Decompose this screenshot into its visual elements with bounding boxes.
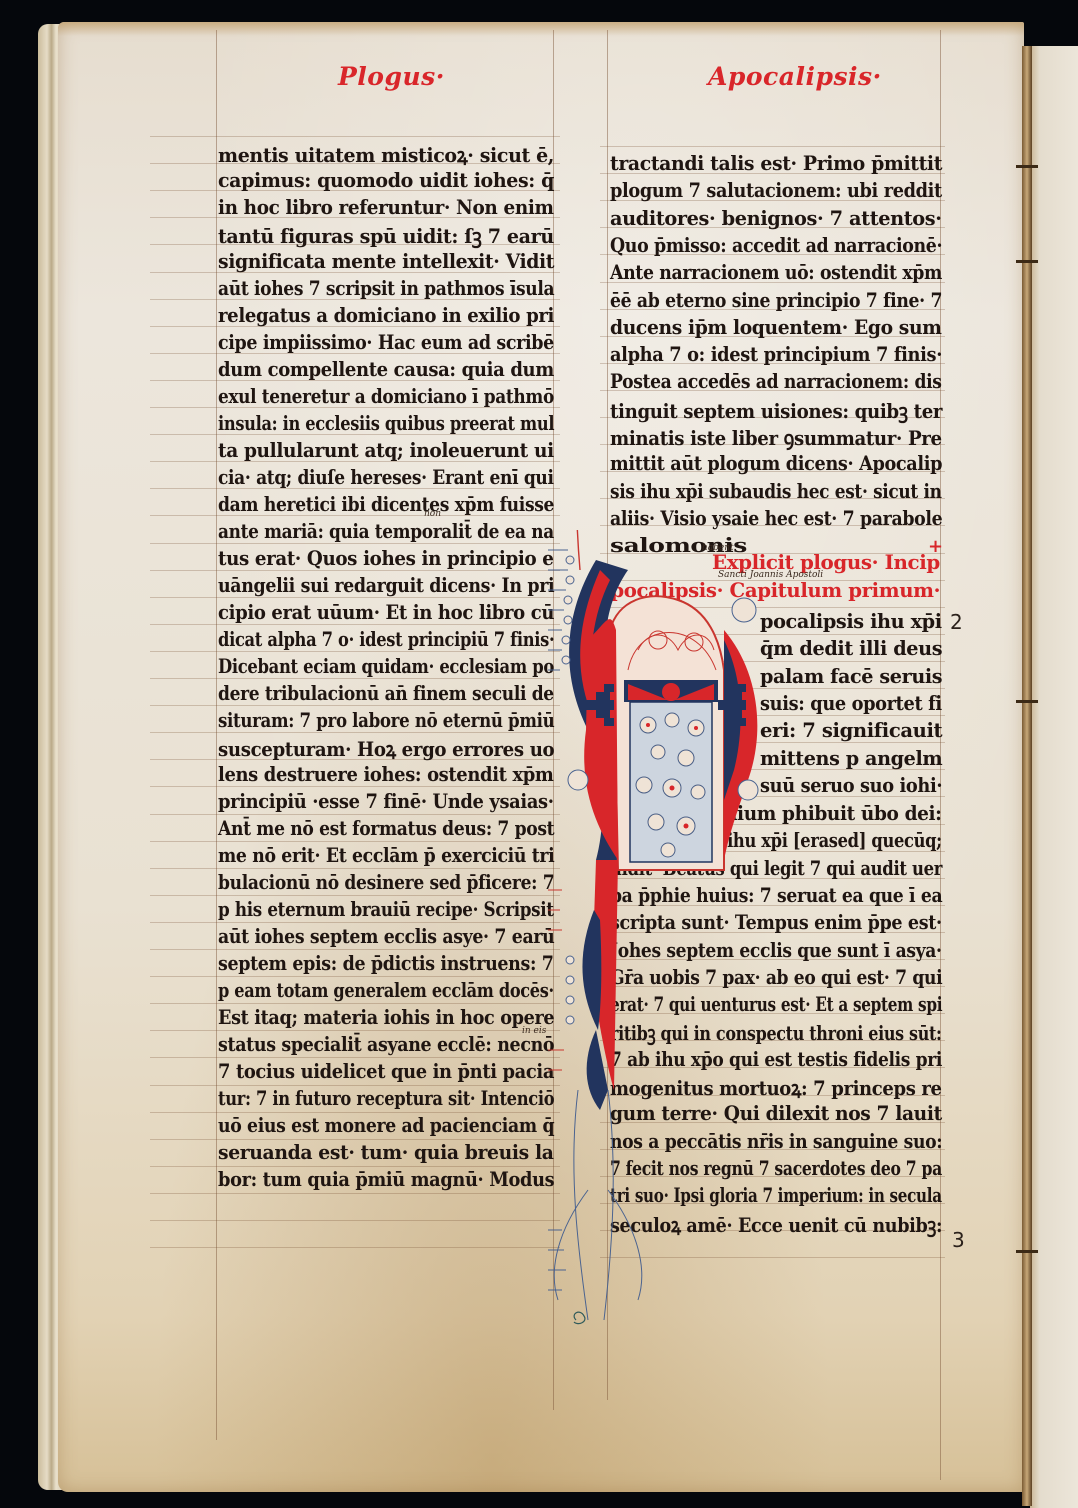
facing-leaf-edge — [1030, 46, 1078, 1508]
running-head-right: Apocalipsis· — [708, 62, 882, 91]
text-line: significata mente intellexit· Vidit — [218, 249, 554, 273]
binding-stitch — [1016, 700, 1038, 703]
text-line: seruanda est· tum· quia breuis la — [218, 1140, 554, 1164]
text-line: aūt iohes septem ecclis asye· 7 earū — [218, 924, 554, 948]
text-line: Dicebant eciam quidam· ecclesiam po — [218, 654, 554, 678]
binding-stitch — [1016, 1250, 1038, 1253]
ruling-line — [150, 949, 560, 950]
chapter-text-line: q̄m dedit illi deus — [760, 636, 942, 660]
leaf-top-stain — [58, 22, 1024, 36]
binding-stitch — [1016, 165, 1038, 168]
ruling-line-vertical — [216, 30, 217, 1440]
chapter-text-line: suū seruo suo iohi· — [760, 773, 942, 797]
text-line: bor: tum quia p̄miū magnū· Modus — [218, 1167, 554, 1191]
text-line: in hoc libro referuntur· Non enim — [218, 195, 554, 219]
binding-gutter — [1022, 46, 1032, 1506]
paraph-mark: + — [928, 536, 943, 557]
text-line: mentis uitatem misticoꝝ· sicut ē, — [218, 141, 554, 168]
interlinear-gloss: non — [424, 509, 441, 519]
ruling-line — [150, 814, 560, 815]
text-line: exul teneretur a domiciano ī pathmō — [218, 384, 554, 408]
ruling-line — [150, 678, 560, 679]
text-line: septem epis: de p̄dictis instruens: 7 — [218, 951, 554, 975]
text-line: ducens ip̄m loquentem· Ego sum — [610, 315, 942, 339]
text-line: situram: 7 pro labore nō eternū p̄miū — [218, 708, 554, 732]
text-line: suscepturam· Hoꝝ ergo errores uo — [218, 735, 554, 762]
chapter-text-line: suis: que oportet fi — [760, 691, 942, 715]
text-line: cipio erat uūum· Et in hoc libro cū — [218, 600, 554, 624]
running-head-left: Plogus· — [338, 62, 445, 91]
text-line: aliis· Visio ysaie hec est· 7 parabole — [610, 506, 942, 530]
text-line: tus erat· Quos iohes in principio e — [218, 546, 554, 570]
chapter-text-line: mittens p angelm — [760, 746, 942, 770]
text-line: tur: 7 in futuro receptura sit· Intenciō — [218, 1086, 554, 1110]
text-line: insula: in ecclesiis quibus preerat mul — [218, 411, 554, 435]
text-line: cia· atq; diuſe hereses· Erant enī qui — [218, 465, 554, 489]
text-line: uāngelii sui redarguit dicens· In pri — [218, 573, 554, 597]
text-line: capimus: quomodo uidit iohes: q̄ — [218, 168, 554, 192]
text-line: uō eius est monere ad pacienciam q̄ — [218, 1113, 554, 1137]
ruling-line — [150, 895, 560, 896]
ruling-line — [150, 732, 560, 733]
chapter-text-line: eri: 7 significauit — [760, 718, 942, 742]
text-line: bulacionū nō desinere sed p̄ficere: 7 — [218, 870, 554, 894]
text-line: me nō erit· Et ecclām p̄ exerciciū tri — [218, 843, 554, 867]
text-line: mittit aūt plogum dicens· Apocalip — [610, 451, 942, 475]
text-line: p his eternum brauiū recipe· Scripsit — [218, 897, 554, 921]
text-line: Ant̄ me nō est formatus deus: 7 post — [218, 816, 554, 840]
text-line: ante mariā: quia temporalit̄ de ea na — [218, 519, 554, 543]
text-line: Postea accedēs ad narracionem: dis — [610, 369, 942, 393]
ruling-line — [600, 146, 945, 147]
ruling-line — [150, 1220, 560, 1221]
text-line: alpha 7 o: idest principium 7 finis· — [610, 342, 942, 366]
text-line: dam heretici ibi dicentes xp̄m fuisse — [218, 492, 554, 516]
text-line: auditores· benignos· 7 attentos· — [610, 206, 942, 230]
ruling-line — [150, 705, 560, 706]
ruling-line — [150, 1247, 560, 1248]
text-line: sis ihu xp̄i subaudis hec est· sicut in — [610, 479, 942, 503]
ruling-line — [150, 841, 560, 842]
text-line: tantū figuras spū uidit: ſꝫ 7 earū — [218, 222, 554, 249]
text-line: ta pullularunt atq; inoleuerunt ui — [218, 438, 554, 462]
text-line: Est itaq; materia iohis in hoc opere — [218, 1005, 554, 1029]
chapter-text-line: palam facē seruis — [760, 664, 942, 688]
margin-verse-number: 2 — [950, 610, 963, 634]
text-line: 7 tocius uidelicet que in p̄nti pacia — [218, 1059, 554, 1083]
chapter-text-line: pocalipsis ihu xp̄i — [760, 609, 942, 633]
ruling-line — [150, 651, 560, 652]
ruling-line — [150, 786, 560, 787]
text-line: lens destruere iohes: ostendit xp̄m — [218, 762, 554, 786]
interlinear-gloss: in eis — [522, 1026, 546, 1036]
text-line: Ante narracionem uō: ostendit xp̄m — [610, 260, 942, 284]
text-line: p eam totam generalem ecclām docēs· — [218, 978, 554, 1002]
text-line: status specialit̄ asyane ecclē: necnō — [218, 1032, 554, 1056]
text-line: minatis iste liber ꝯsummatur· Pre — [610, 424, 942, 451]
text-line: dicat alpha 7 o· idest principiū 7 finis… — [218, 627, 554, 651]
text-line: plogum 7 salutacionem: ubi reddit — [610, 178, 942, 202]
ruling-line — [150, 136, 560, 137]
ruling-line — [150, 868, 560, 869]
text-line: ēē ab eterno sine principio 7 fine· 7 — [610, 288, 942, 312]
ruling-line — [150, 976, 560, 977]
text-line: cipe impiissimo· Hac eum ad scribē — [218, 330, 554, 354]
text-line: dere tribulacionū an̄ finem seculi de — [218, 681, 554, 705]
illuminated-initial-a — [548, 530, 776, 1330]
text-line: Quo p̄misso: accedit ad narracionē· — [610, 233, 942, 257]
margin-verse-number: 3 — [952, 1228, 965, 1252]
text-line: relegatus a domiciano in exilio pri — [218, 303, 554, 327]
text-line: tinguit septem uisiones: quibꝫ ter — [610, 397, 942, 424]
text-line: tractandi talis est· Primo p̄mittit — [610, 151, 942, 175]
text-line: principiū ·esse 7 finē· Unde ysaias· — [218, 789, 554, 813]
binding-stitch — [1016, 260, 1038, 263]
text-line: dum compellente causa: quia dum — [218, 357, 554, 381]
ruling-line — [150, 922, 560, 923]
ruling-line — [150, 1193, 560, 1194]
text-line: aūt iohes 7 scripsit in pathmos īsula — [218, 276, 554, 300]
